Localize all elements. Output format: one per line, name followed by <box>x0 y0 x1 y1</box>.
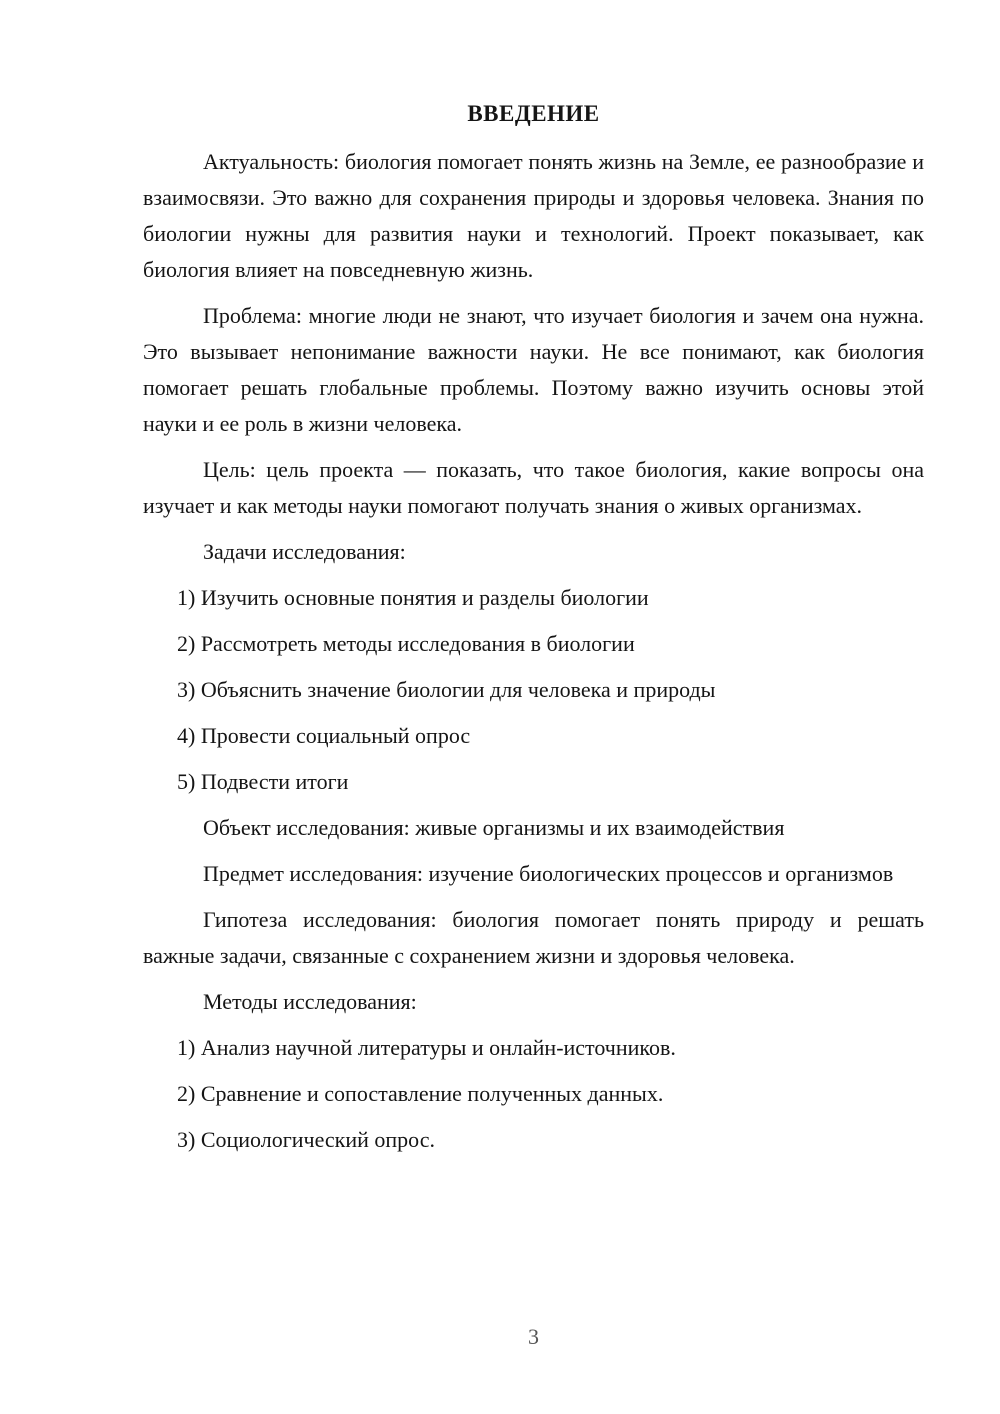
zadachi-list-item: 1) Изучить основные понятия и разделы би… <box>143 580 924 616</box>
zadachi-heading: Задачи исследования: <box>143 534 924 570</box>
document-page: ВВЕДЕНИЕ Актуальность: биология помогает… <box>0 0 1000 1414</box>
paragraph-obekt: Объект исследования: живые организмы и и… <box>143 810 924 846</box>
paragraph-tsel: Цель: цель проекта — показать, что такое… <box>143 452 924 524</box>
paragraph-problema: Проблема: многие люди не знают, что изуч… <box>143 298 924 442</box>
paragraph-aktualnost: Актуальность: биология помогает понять ж… <box>143 144 924 288</box>
zadachi-list-item: 2) Рассмотреть методы исследования в био… <box>143 626 924 662</box>
document-body: ВВЕДЕНИЕ Актуальность: биология помогает… <box>143 96 924 1168</box>
metody-list-item: 1) Анализ научной литературы и онлайн-ис… <box>143 1030 924 1066</box>
metody-heading: Методы исследования: <box>143 984 924 1020</box>
metody-list-item: 3) Социологический опрос. <box>143 1122 924 1158</box>
zadachi-list-item: 4) Провести социальный опрос <box>143 718 924 754</box>
page-title: ВВЕДЕНИЕ <box>143 96 924 132</box>
metody-list-item: 2) Сравнение и сопоставление полученных … <box>143 1076 924 1112</box>
page-number: 3 <box>143 1322 924 1352</box>
zadachi-list-item: 5) Подвести итоги <box>143 764 924 800</box>
zadachi-list-item: 3) Объяснить значение биологии для челов… <box>143 672 924 708</box>
paragraph-gipoteza: Гипотеза исследования: биология помогает… <box>143 902 924 974</box>
paragraph-predmet: Предмет исследования: изучение биологиче… <box>143 856 924 892</box>
